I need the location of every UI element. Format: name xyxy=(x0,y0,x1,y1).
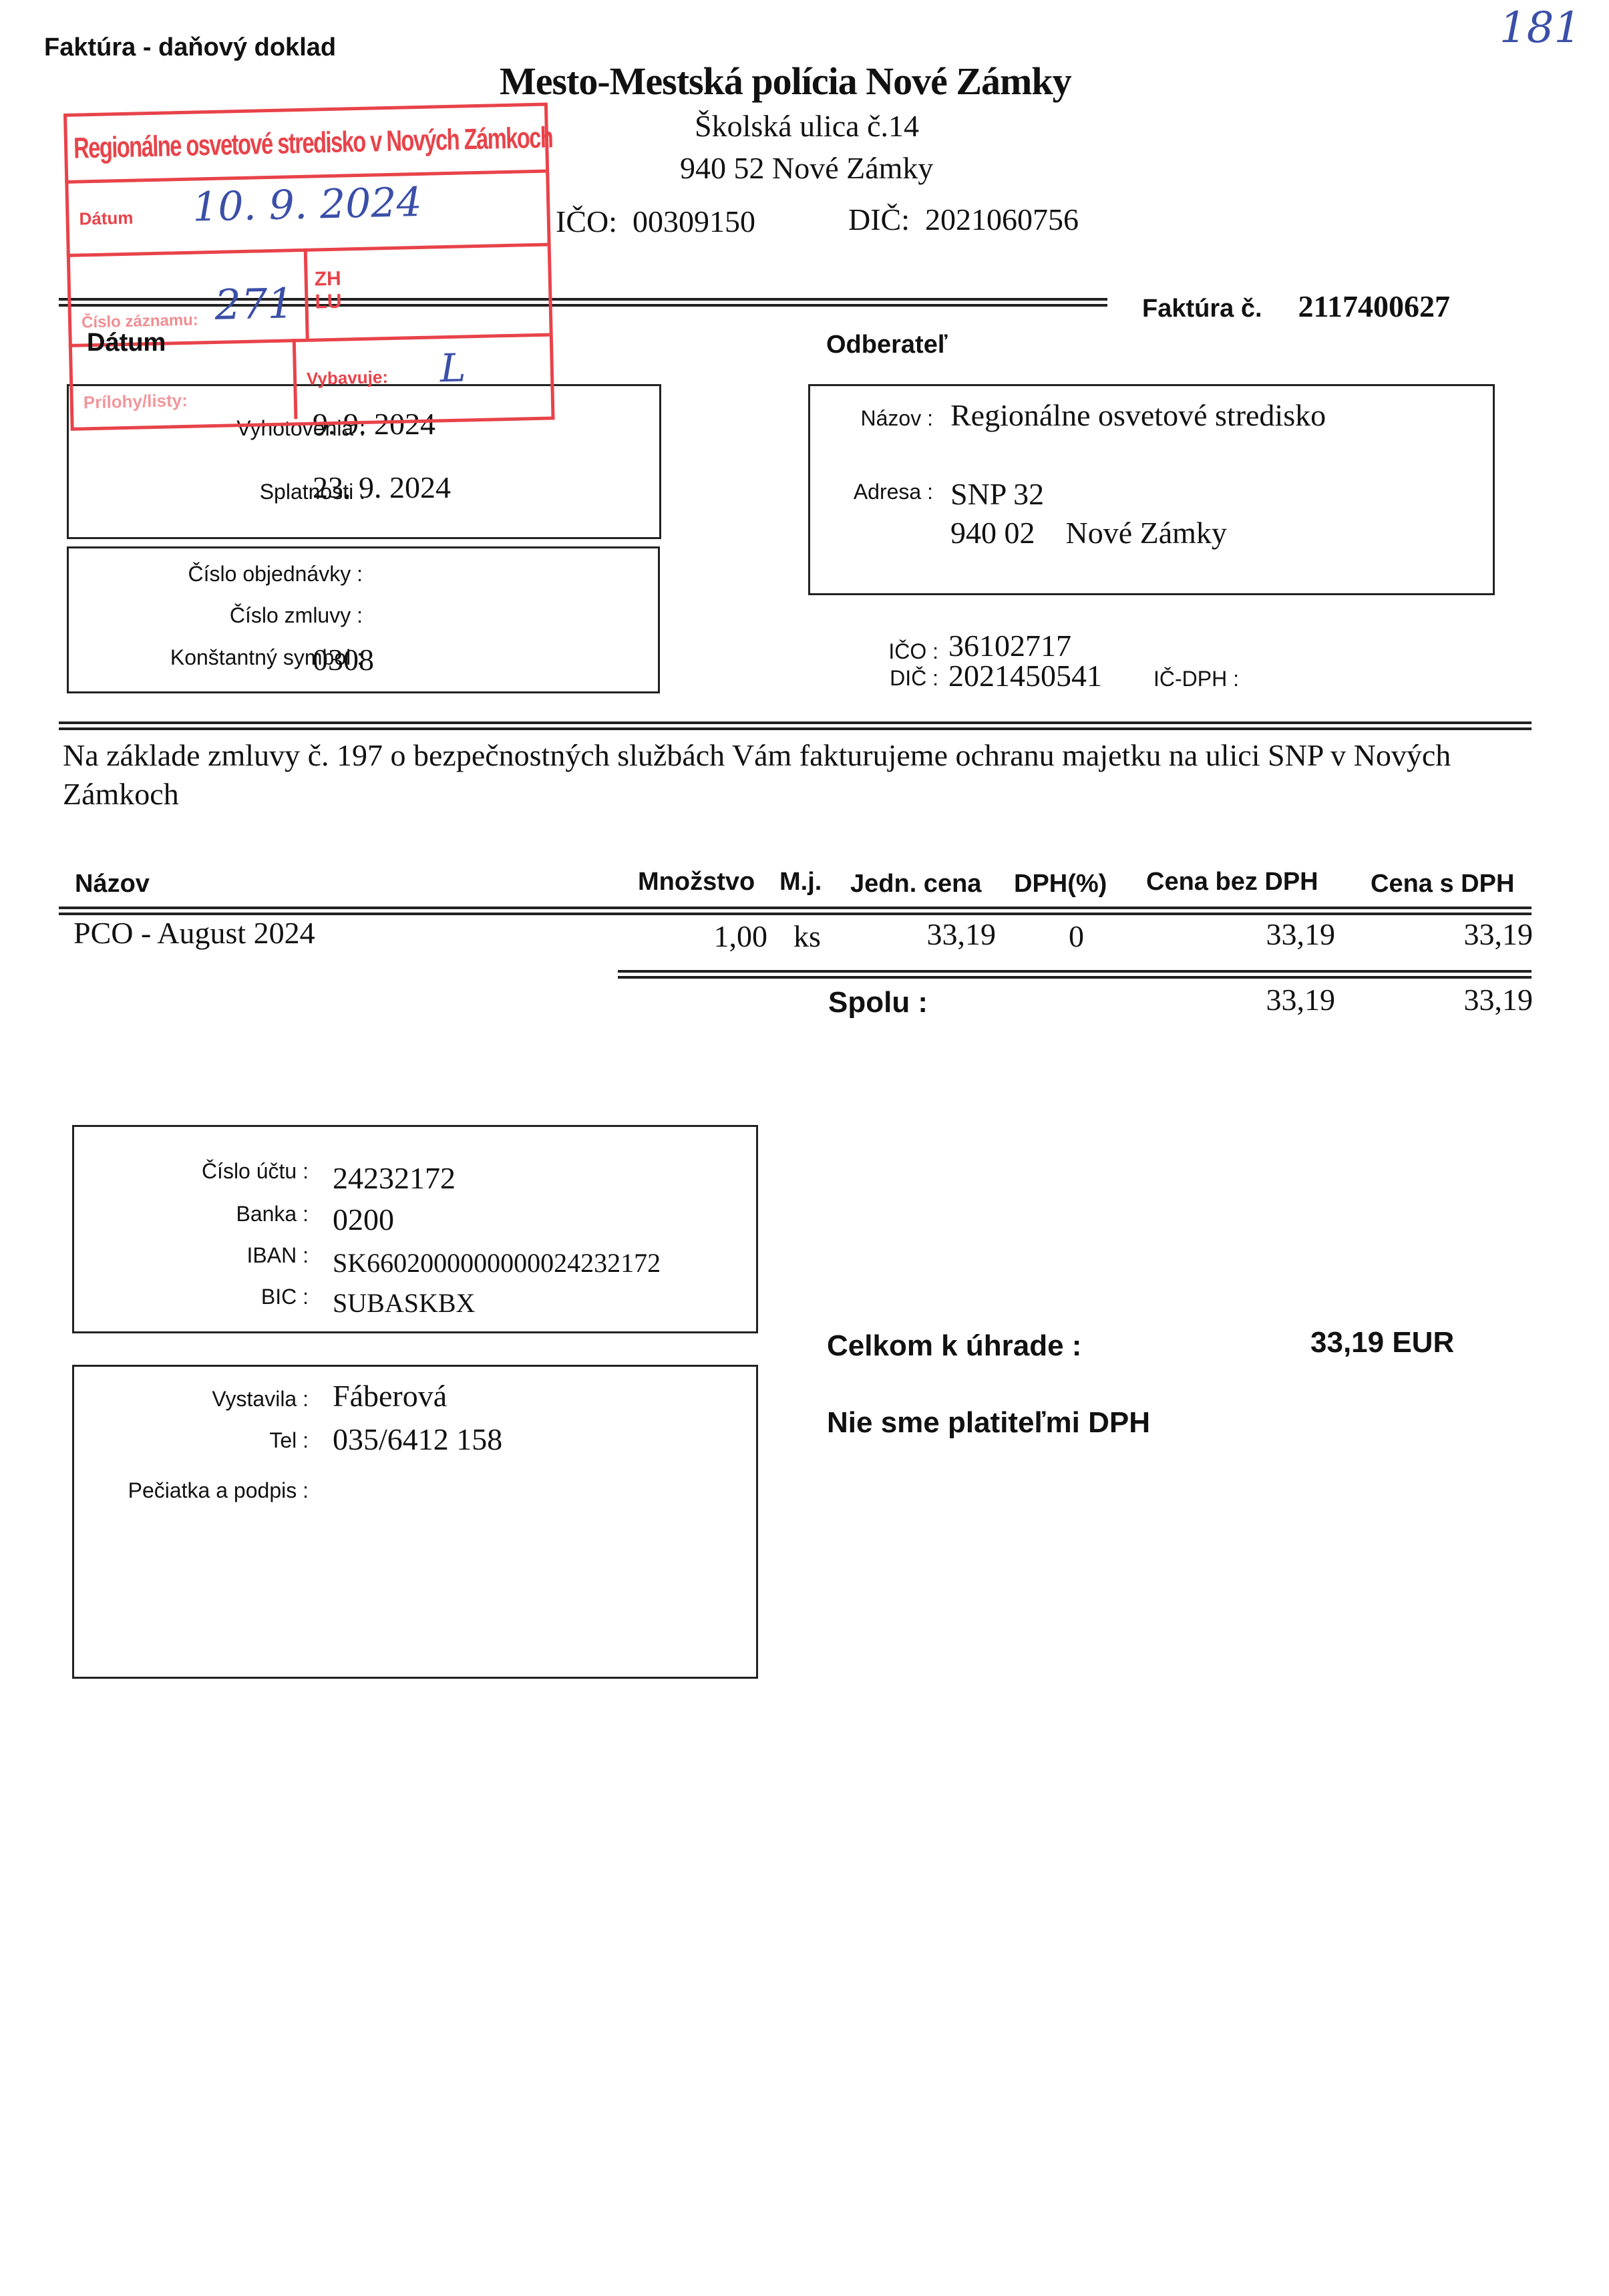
invoice-number-label: Faktúra č. xyxy=(1142,295,1262,323)
bic-value: SUBASKBX xyxy=(333,1287,475,1319)
supplier-ico-label: IČO: xyxy=(556,204,617,238)
supplier-ico: IČO: 00309150 xyxy=(556,204,755,239)
issued-by-value: Fáberová xyxy=(333,1378,447,1414)
col-header-qty: Množstvo xyxy=(638,868,755,896)
row-gross: 33,19 xyxy=(1464,917,1534,952)
total-gross: 33,19 xyxy=(1464,982,1534,1017)
customer-box: Názov : Regionálne osvetové stredisko Ad… xyxy=(808,384,1495,595)
vat-status-note: Nie sme platiteľmi DPH xyxy=(827,1406,1150,1440)
customer-dic-label: DIČ : xyxy=(835,666,938,691)
stamp-attachments-label: Prílohy/listy: xyxy=(83,390,188,414)
supplier-street: Školská ulica č.14 xyxy=(695,108,919,144)
customer-icdph-label: IČ-DPH : xyxy=(1153,667,1239,691)
document-type-title: Faktúra - daňový doklad xyxy=(44,33,336,62)
invoice-number-value: 2117400627 xyxy=(1298,289,1450,323)
customer-address-label: Adresa : xyxy=(854,480,933,504)
supplier-ico-value: 00309150 xyxy=(633,204,755,238)
account-number-label: Číslo účtu : xyxy=(202,1159,309,1184)
received-stamp: Regionálne osvetové stredisko v Nových Z… xyxy=(63,103,555,434)
stamp-handler-codes: ZH LU xyxy=(314,268,342,314)
supplier-dic: DIČ: 2021060756 xyxy=(848,202,1079,237)
row-vat: 0 xyxy=(1069,919,1084,954)
account-number-value: 24232172 xyxy=(333,1160,456,1196)
stamp-handled-by-value: L xyxy=(439,345,466,391)
stamp-date-label: Dátum xyxy=(79,208,134,230)
handwritten-page-number: 181 xyxy=(1499,3,1581,53)
customer-dic-value: 2021450541 xyxy=(948,658,1102,693)
issued-by-label: Vystavila : xyxy=(212,1387,309,1412)
total-label: Spolu : xyxy=(828,986,928,1019)
stamp-signature-label: Pečiatka a podpis : xyxy=(128,1478,309,1503)
iban-value: SK6602000000000024232172 xyxy=(333,1247,661,1279)
constant-symbol-value: 0308 xyxy=(313,642,374,677)
stamp-handled-by-label: Vybavuje: xyxy=(307,367,389,389)
stamp-date-value: 10. 9. 2024 xyxy=(192,179,422,231)
tel-label: Tel : xyxy=(269,1428,309,1453)
total-net: 33,19 xyxy=(1266,982,1336,1017)
col-header-unit: M.j. xyxy=(779,868,822,896)
tel-value: 035/6412 158 xyxy=(333,1422,502,1457)
customer-ico-label: IČO : xyxy=(835,639,938,664)
due-date-value: 23. 9. 2024 xyxy=(313,470,451,505)
row-net: 33,19 xyxy=(1266,917,1336,952)
iban-label: IBAN : xyxy=(247,1243,309,1268)
customer-name-label: Názov : xyxy=(861,406,933,431)
customer-address-line2: 940 02 Nové Zámky xyxy=(950,515,1227,550)
customer-address-line1: SNP 32 xyxy=(950,476,1044,512)
supplier-dic-value: 2021060756 xyxy=(925,202,1079,236)
col-header-net: Cena bez DPH xyxy=(1146,868,1318,896)
table-total-divider xyxy=(618,970,1532,979)
customer-section-label: Odberateľ xyxy=(826,331,947,359)
row-qty: 1,00 xyxy=(714,919,768,954)
dates-section-label-overlay: Dátum xyxy=(87,329,166,357)
stamp-reg-number: 271 xyxy=(214,279,295,329)
col-header-gross: Cena s DPH xyxy=(1371,870,1514,898)
contract-number-label: Číslo zmluvy : xyxy=(230,603,363,628)
bank-details-box: Číslo účtu : 24232172 Banka : 0200 IBAN … xyxy=(72,1125,758,1333)
bic-label: BIC : xyxy=(261,1285,309,1309)
table-header-divider xyxy=(59,907,1532,915)
description-divider xyxy=(59,721,1532,730)
references-box: Číslo objednávky : Číslo zmluvy : Konšta… xyxy=(67,546,660,693)
invoice-description: Na základe zmluvy č. 197 o bezpečnostnýc… xyxy=(63,736,1519,814)
row-unit-price: 33,19 xyxy=(927,917,997,952)
supplier-name: Mesto-Mestská polícia Nové Zámky xyxy=(500,59,1071,104)
bank-code-label: Banka : xyxy=(236,1202,309,1226)
col-header-name: Názov xyxy=(75,870,150,898)
issuer-box: Vystavila : Fáberová Tel : 035/6412 158 … xyxy=(72,1365,758,1679)
supplier-dic-label: DIČ: xyxy=(848,202,910,236)
invoice-number: Faktúra č. 2117400627 xyxy=(1142,289,1450,324)
customer-name-value: Regionálne osvetové stredisko xyxy=(950,397,1326,433)
supplier-city: 940 52 Nové Zámky xyxy=(680,150,933,186)
row-unit: ks xyxy=(793,919,821,954)
col-header-vat: DPH(%) xyxy=(1014,870,1107,898)
order-number-label: Číslo objednávky : xyxy=(188,562,363,587)
total-due-value: 33,19 EUR xyxy=(1310,1326,1454,1359)
col-header-unit-price: Jedn. cena xyxy=(850,870,981,898)
total-due-label: Celkom k úhrade : xyxy=(827,1329,1081,1363)
row-name: PCO - August 2024 xyxy=(73,915,315,951)
bank-code-value: 0200 xyxy=(333,1202,394,1237)
